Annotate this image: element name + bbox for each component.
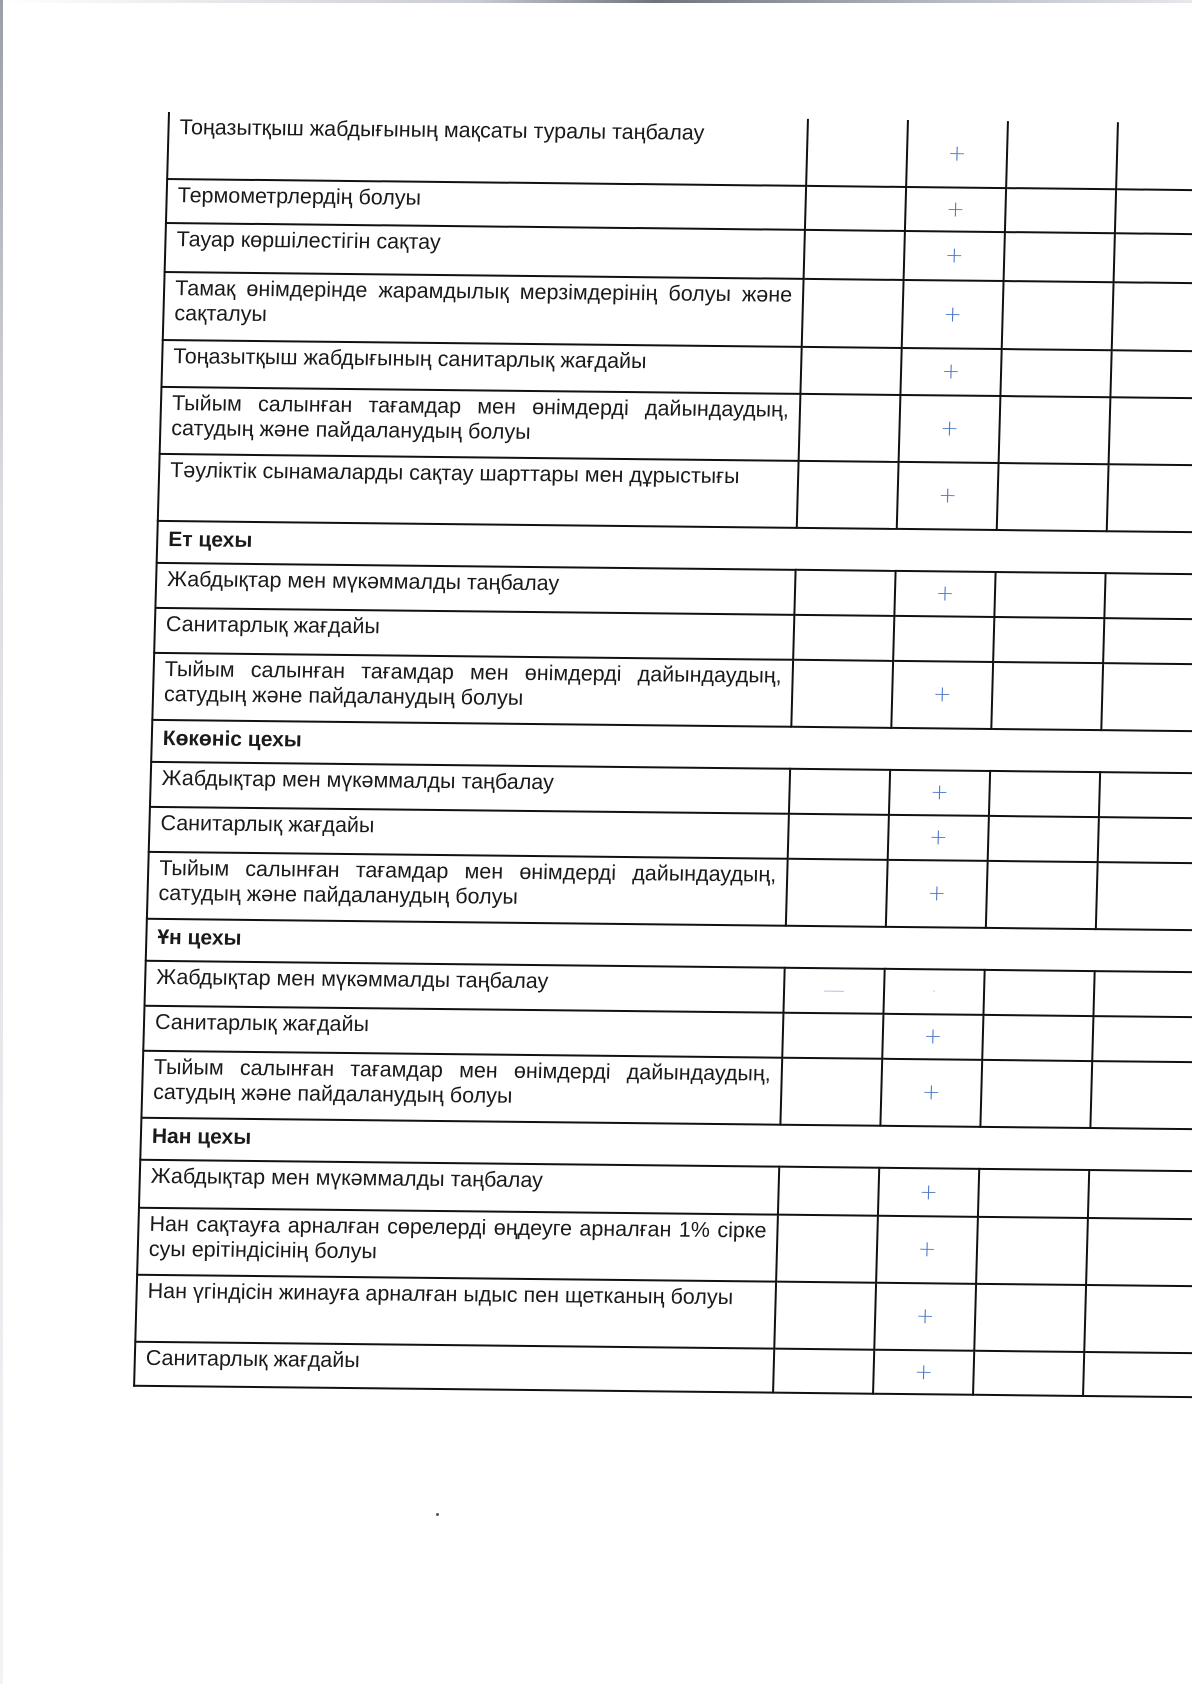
mark-cell-col-1[interactable] bbox=[774, 1282, 876, 1350]
mark-cell-col-1[interactable] bbox=[800, 347, 901, 395]
plus-mark-icon: + bbox=[919, 1180, 938, 1205]
mark-cell-col-2[interactable] bbox=[893, 616, 994, 662]
criterion-text: Тоңазытқыш жабдығының мақсаты туралы таң… bbox=[167, 112, 808, 186]
checklist-row: Тәуліктік сынамаларды сақтау шарттары ме… bbox=[158, 454, 1192, 532]
mark-cell-col-4[interactable] bbox=[1116, 122, 1192, 190]
mark-cell-col-2[interactable]: + bbox=[891, 661, 993, 729]
criterion-text: Тәуліктік сынамаларды сақтау шарттары ме… bbox=[158, 454, 799, 528]
plus-mark-icon: + bbox=[935, 581, 954, 606]
mark-cell-col-4[interactable] bbox=[1092, 1016, 1192, 1062]
plus-mark-icon: + bbox=[940, 416, 959, 441]
mark-cell-col-4[interactable] bbox=[1088, 1170, 1192, 1219]
mark-cell-col-1[interactable] bbox=[786, 859, 888, 927]
plus-mark-icon: + bbox=[930, 780, 949, 805]
criterion-text: Нан сақтауға арналған сөрелерді өңдеуге … bbox=[137, 1208, 778, 1282]
criterion-text: Тоңазытқыш жабдығының санитарлық жағдайы bbox=[161, 340, 801, 394]
mark-cell-col-1[interactable] bbox=[799, 394, 901, 462]
mark-cell-col-1[interactable] bbox=[805, 186, 906, 231]
mark-cell-col-3[interactable] bbox=[989, 771, 1100, 817]
criterion-text: Жабдықтар мен мүкәммалды таңбалау bbox=[155, 563, 795, 615]
mark-cell-col-1[interactable] bbox=[797, 461, 899, 529]
checklist-row: Нан сақтауға арналған сөрелерді өңдеуге … bbox=[137, 1208, 1192, 1286]
plus-mark-icon: + bbox=[914, 1360, 933, 1385]
checklist-body: Тоңазытқыш жабдығының мақсаты туралы таң… bbox=[134, 112, 1192, 1397]
plus-mark-icon: + bbox=[922, 1080, 941, 1105]
mark-cell-col-4[interactable] bbox=[1112, 282, 1192, 351]
mark-cell-col-2[interactable]: + bbox=[876, 1216, 978, 1284]
checklist-row: Тоңазытқыш жабдығының мақсаты туралы таң… bbox=[167, 112, 1192, 190]
mark-cell-col-4[interactable] bbox=[1098, 817, 1192, 863]
mark-cell-col-1[interactable] bbox=[773, 1349, 874, 1394]
mark-cell-col-3[interactable] bbox=[974, 1284, 1086, 1352]
mark-cell-col-3[interactable] bbox=[988, 816, 1099, 862]
mark-cell-col-3[interactable] bbox=[999, 396, 1111, 464]
mark-cell-col-2[interactable]: + bbox=[899, 395, 1001, 463]
mark-cell-col-3[interactable] bbox=[991, 662, 1103, 730]
mark-cell-col-2[interactable]: · bbox=[883, 969, 984, 1015]
mark-cell-col-1[interactable] bbox=[776, 1215, 878, 1283]
mark-cell-col-4[interactable] bbox=[1096, 862, 1192, 930]
criterion-text: Санитарлық жағдайы bbox=[143, 1006, 783, 1058]
mark-cell-col-3[interactable] bbox=[1002, 281, 1114, 350]
mark-cell-col-1[interactable] bbox=[804, 230, 905, 280]
mark-cell-col-1[interactable] bbox=[791, 660, 893, 728]
mark-cell-col-2[interactable]: + bbox=[878, 1168, 979, 1217]
mark-cell-col-4[interactable] bbox=[1107, 464, 1192, 532]
plus-mark-icon: + bbox=[946, 197, 965, 222]
mark-cell-col-2[interactable]: + bbox=[882, 1014, 983, 1060]
criterion-text: Жабдықтар мен мүкәммалды таңбалау bbox=[150, 762, 790, 814]
checklist-row: Тамақ өнімдерінде жарамдылық мерзімдерін… bbox=[163, 272, 1192, 351]
criterion-text: Тыйым салынған тағамдар мен өнімдерді да… bbox=[160, 387, 801, 461]
mark-cell-col-4[interactable] bbox=[1104, 573, 1192, 619]
mark-cell-col-4[interactable] bbox=[1114, 233, 1192, 283]
mark-cell-col-4[interactable] bbox=[1090, 1061, 1192, 1129]
handwritten-mark: · bbox=[930, 979, 938, 1004]
plus-mark-icon: + bbox=[938, 483, 957, 508]
mark-cell-col-2[interactable]: + bbox=[888, 815, 989, 861]
checklist-row: Тыйым салынған тағамдар мен өнімдерді да… bbox=[152, 653, 1192, 731]
mark-cell-col-3[interactable] bbox=[983, 970, 1094, 1016]
mark-cell-col-2[interactable]: + bbox=[874, 1283, 976, 1351]
plus-mark-icon: + bbox=[929, 825, 948, 850]
criterion-text: Санитарлық жағдайы bbox=[149, 807, 789, 859]
plus-mark-icon: + bbox=[933, 682, 952, 707]
scan-edge-top bbox=[0, 0, 1192, 3]
mark-cell-col-3[interactable] bbox=[973, 1351, 1084, 1396]
plus-mark-icon: + bbox=[945, 243, 964, 268]
criterion-text: Тамақ өнімдерінде жарамдылық мерзімдерін… bbox=[163, 272, 804, 347]
mark-cell-col-1[interactable] bbox=[778, 1167, 879, 1216]
checklist-row: Нан үгіндісін жинауға арналған ыдыс пен … bbox=[135, 1275, 1192, 1353]
plus-mark-icon: + bbox=[923, 1024, 942, 1049]
mark-cell-col-2[interactable]: + bbox=[894, 571, 995, 617]
mark-cell-col-2[interactable]: + bbox=[906, 120, 1008, 188]
criterion-text: Жабдықтар мен мүкәммалды таңбалау bbox=[145, 961, 785, 1013]
mark-cell-col-1[interactable] bbox=[789, 769, 890, 815]
mark-cell-col-4[interactable] bbox=[1101, 663, 1192, 731]
mark-cell-col-4[interactable] bbox=[1115, 189, 1192, 234]
mark-cell-col-3[interactable] bbox=[978, 1169, 1089, 1218]
mark-cell-col-3[interactable] bbox=[976, 1217, 1088, 1285]
mark-cell-col-3[interactable] bbox=[1005, 188, 1116, 233]
mark-cell-col-3[interactable] bbox=[1006, 121, 1118, 189]
mark-cell-col-2[interactable]: + bbox=[905, 187, 1006, 232]
mark-cell-col-2[interactable]: + bbox=[904, 231, 1005, 281]
mark-cell-col-2[interactable]: + bbox=[889, 770, 990, 816]
checklist-row: Тыйым салынған тағамдар мен өнімдерді да… bbox=[160, 387, 1192, 465]
mark-cell-col-4[interactable] bbox=[1083, 1352, 1192, 1397]
mark-cell-col-1[interactable] bbox=[788, 814, 889, 860]
criterion-text: Санитарлық жағдайы bbox=[134, 1342, 774, 1393]
mark-cell-col-4[interactable] bbox=[1093, 971, 1192, 1017]
mark-cell-col-1[interactable] bbox=[780, 1058, 882, 1126]
mark-cell-col-1[interactable] bbox=[794, 570, 895, 616]
criterion-text: Тыйым салынған тағамдар мен өнімдерді да… bbox=[152, 653, 793, 727]
checklist-row: Тыйым салынған тағамдар мен өнімдерді да… bbox=[147, 852, 1192, 930]
mark-cell-col-2[interactable]: + bbox=[900, 348, 1001, 396]
mark-cell-col-3[interactable] bbox=[980, 1060, 1092, 1128]
mark-cell-col-3[interactable] bbox=[1000, 349, 1111, 397]
mark-cell-col-4[interactable] bbox=[1110, 350, 1192, 398]
mark-cell-col-4[interactable] bbox=[1099, 772, 1192, 818]
mark-cell-col-4[interactable] bbox=[1086, 1218, 1192, 1286]
mark-cell-col-1[interactable] bbox=[782, 1013, 883, 1059]
mark-cell-col-2[interactable]: + bbox=[897, 462, 999, 530]
plus-mark-icon: + bbox=[927, 881, 946, 906]
criterion-text: Санитарлық жағдайы bbox=[154, 608, 794, 660]
checklist-row: Тыйым салынған тағамдар мен өнімдерді да… bbox=[141, 1051, 1192, 1129]
mark-cell-col-2[interactable]: + bbox=[886, 860, 988, 928]
checklist-table: Тоңазытқыш жабдығының мақсаты туралы таң… bbox=[133, 112, 1192, 1398]
mark-cell-col-3[interactable] bbox=[997, 463, 1109, 531]
handwritten-mark: — bbox=[823, 978, 846, 1003]
plus-mark-icon: + bbox=[942, 359, 961, 384]
mark-cell-col-4[interactable] bbox=[1084, 1285, 1192, 1353]
mark-cell-col-3[interactable] bbox=[986, 861, 1098, 929]
criterion-text: Нан үгіндісін жинауға арналған ыдыс пен … bbox=[135, 1275, 776, 1349]
mark-cell-col-3[interactable] bbox=[982, 1015, 1093, 1061]
mark-cell-col-1[interactable] bbox=[806, 119, 908, 187]
checklist-sheet: Тоңазытқыш жабдығының мақсаты туралы таң… bbox=[133, 112, 1192, 1398]
criterion-text: Тауар көршілестігін сақтау bbox=[165, 223, 805, 279]
criterion-text: Жабдықтар мен мүкәммалды таңбалау bbox=[139, 1160, 779, 1215]
mark-cell-col-2[interactable]: + bbox=[880, 1059, 982, 1127]
mark-cell-col-3[interactable] bbox=[994, 572, 1105, 618]
criterion-text: Тыйым салынған тағамдар мен өнімдерді да… bbox=[147, 852, 788, 926]
plus-mark-icon: + bbox=[916, 1304, 935, 1329]
mark-cell-col-4[interactable] bbox=[1109, 397, 1192, 465]
scan-edge-left bbox=[0, 0, 3, 1684]
mark-cell-col-2[interactable]: + bbox=[873, 1350, 974, 1395]
criterion-text: Термометрлердің болуы bbox=[166, 179, 806, 230]
plus-mark-icon: + bbox=[947, 141, 966, 166]
mark-cell-col-1[interactable] bbox=[793, 615, 894, 661]
plus-mark-icon: + bbox=[917, 1237, 936, 1262]
mark-cell-col-1[interactable] bbox=[802, 279, 904, 348]
mark-cell-col-1[interactable]: — bbox=[783, 968, 884, 1014]
plus-mark-icon: + bbox=[943, 302, 962, 327]
mark-cell-col-3[interactable] bbox=[1004, 232, 1115, 282]
mark-cell-col-4[interactable] bbox=[1103, 618, 1192, 664]
criterion-text: Тыйым салынған тағамдар мен өнімдерді да… bbox=[141, 1051, 782, 1125]
mark-cell-col-2[interactable]: + bbox=[902, 280, 1004, 349]
mark-cell-col-3[interactable] bbox=[993, 617, 1104, 663]
scan-speck bbox=[436, 1513, 439, 1516]
